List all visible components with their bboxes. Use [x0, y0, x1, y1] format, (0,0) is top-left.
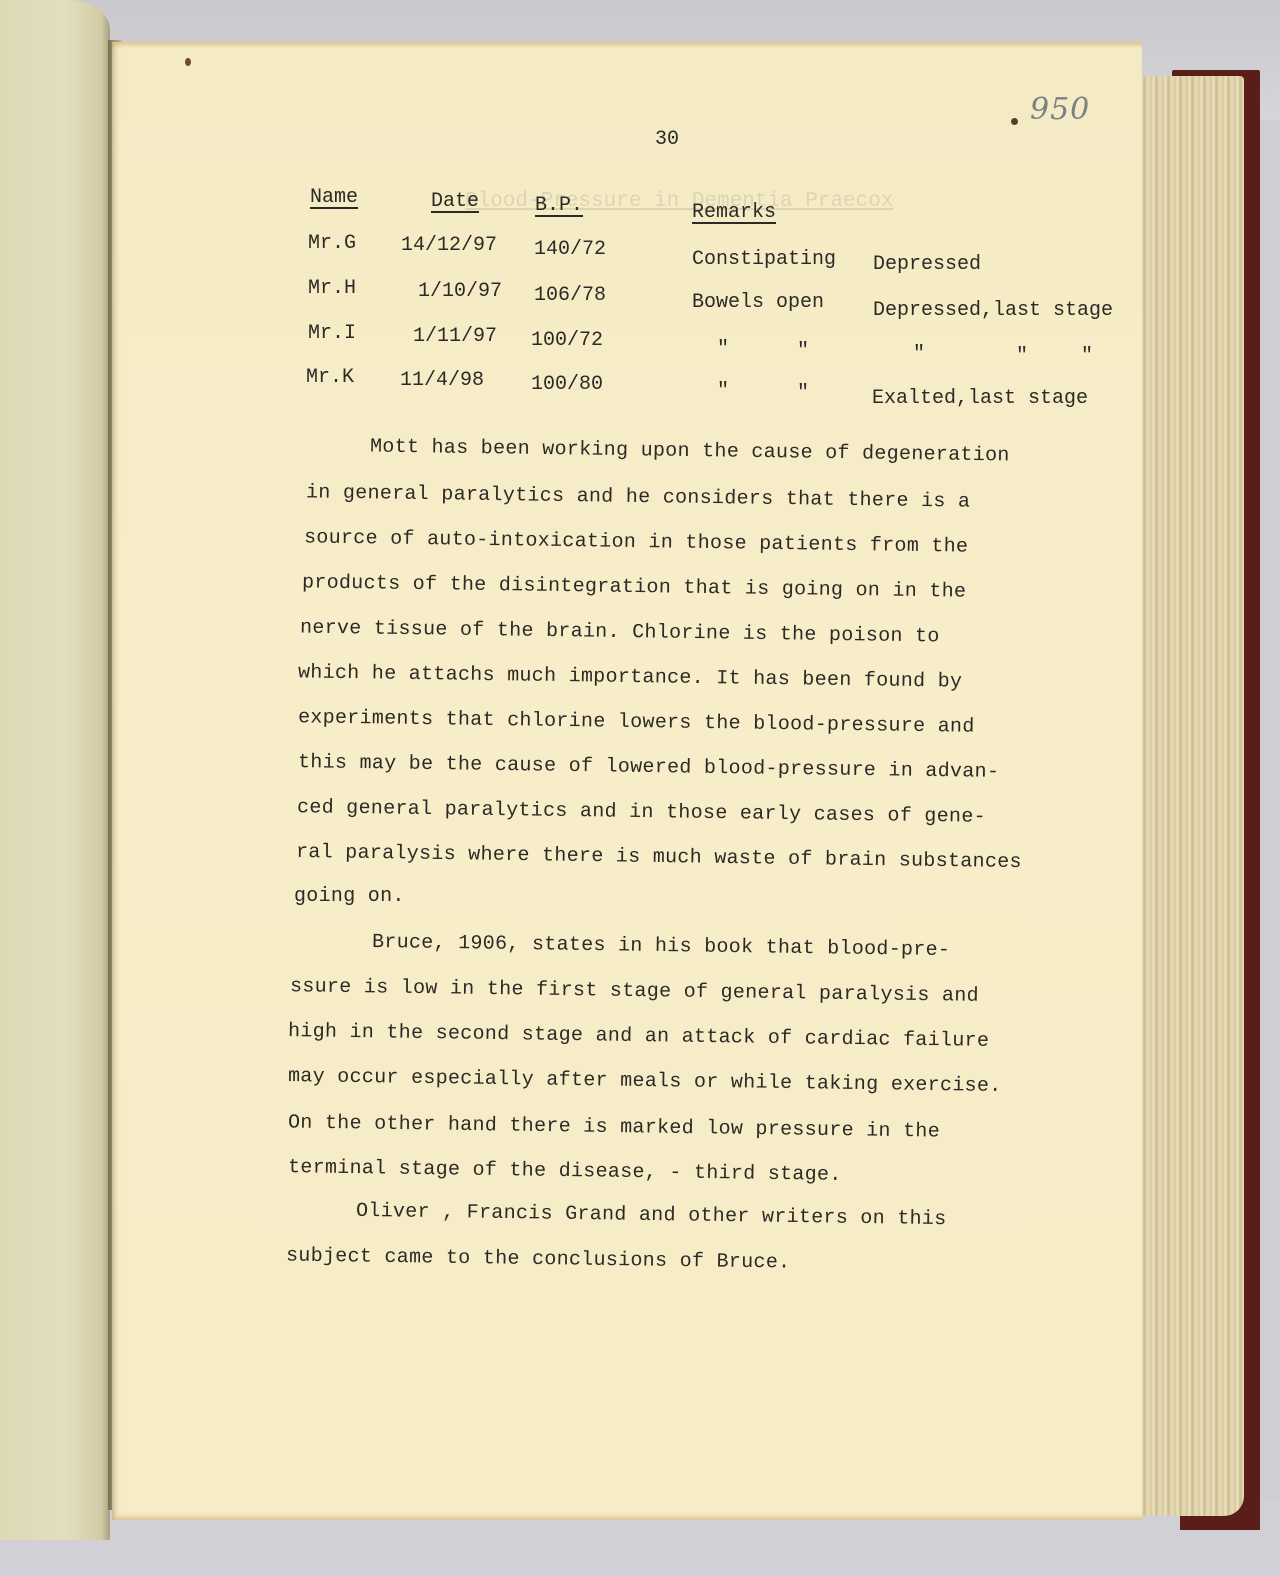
folio-number: 950	[1030, 92, 1090, 127]
punch-hole	[185, 58, 191, 66]
cell-name: Mr.G	[308, 232, 356, 255]
cell-date: 11/4/98	[400, 369, 484, 392]
ditto-mark: "	[913, 343, 925, 366]
ink-dot	[1011, 118, 1018, 125]
cell-remark: Bowels open	[692, 291, 824, 314]
cell-bp: 140/72	[534, 238, 606, 261]
cell-bp: 100/80	[531, 373, 603, 396]
ditto-mark: "	[717, 338, 729, 361]
ditto-mark: "	[797, 382, 809, 405]
page-number: 30	[655, 128, 679, 151]
page-edges	[1136, 76, 1244, 1516]
ditto-mark: "	[717, 380, 729, 403]
header-remarks: Remarks	[692, 201, 776, 224]
cell-remark-state: Depressed,last stage	[873, 299, 1113, 322]
cell-remark: Constipating	[692, 248, 836, 271]
text-line: going on.	[294, 885, 405, 908]
header-bp: B.P.	[535, 194, 583, 217]
cell-name: Mr.I	[308, 322, 356, 345]
cell-bp: 100/72	[531, 329, 603, 352]
left-page-curl	[0, 0, 110, 1540]
cell-remark-state: Exalted,last stage	[872, 387, 1088, 410]
cell-date: 1/11/97	[413, 325, 497, 348]
cell-date: 14/12/97	[401, 234, 497, 257]
cell-name: Mr.H	[308, 277, 356, 300]
cell-remark-state: Depressed	[873, 253, 981, 276]
ditto-mark: "	[797, 340, 809, 363]
header-date: Date	[431, 190, 479, 213]
cell-name: Mr.K	[306, 366, 354, 389]
header-name: Name	[310, 186, 358, 209]
ditto-mark: "	[1081, 345, 1093, 368]
cell-bp: 106/78	[534, 284, 606, 307]
bleed-through-title: Blood-Pressure in Dementia Praecox	[465, 190, 893, 213]
ditto-mark: "	[1016, 345, 1028, 368]
cell-date: 1/10/97	[418, 280, 502, 303]
